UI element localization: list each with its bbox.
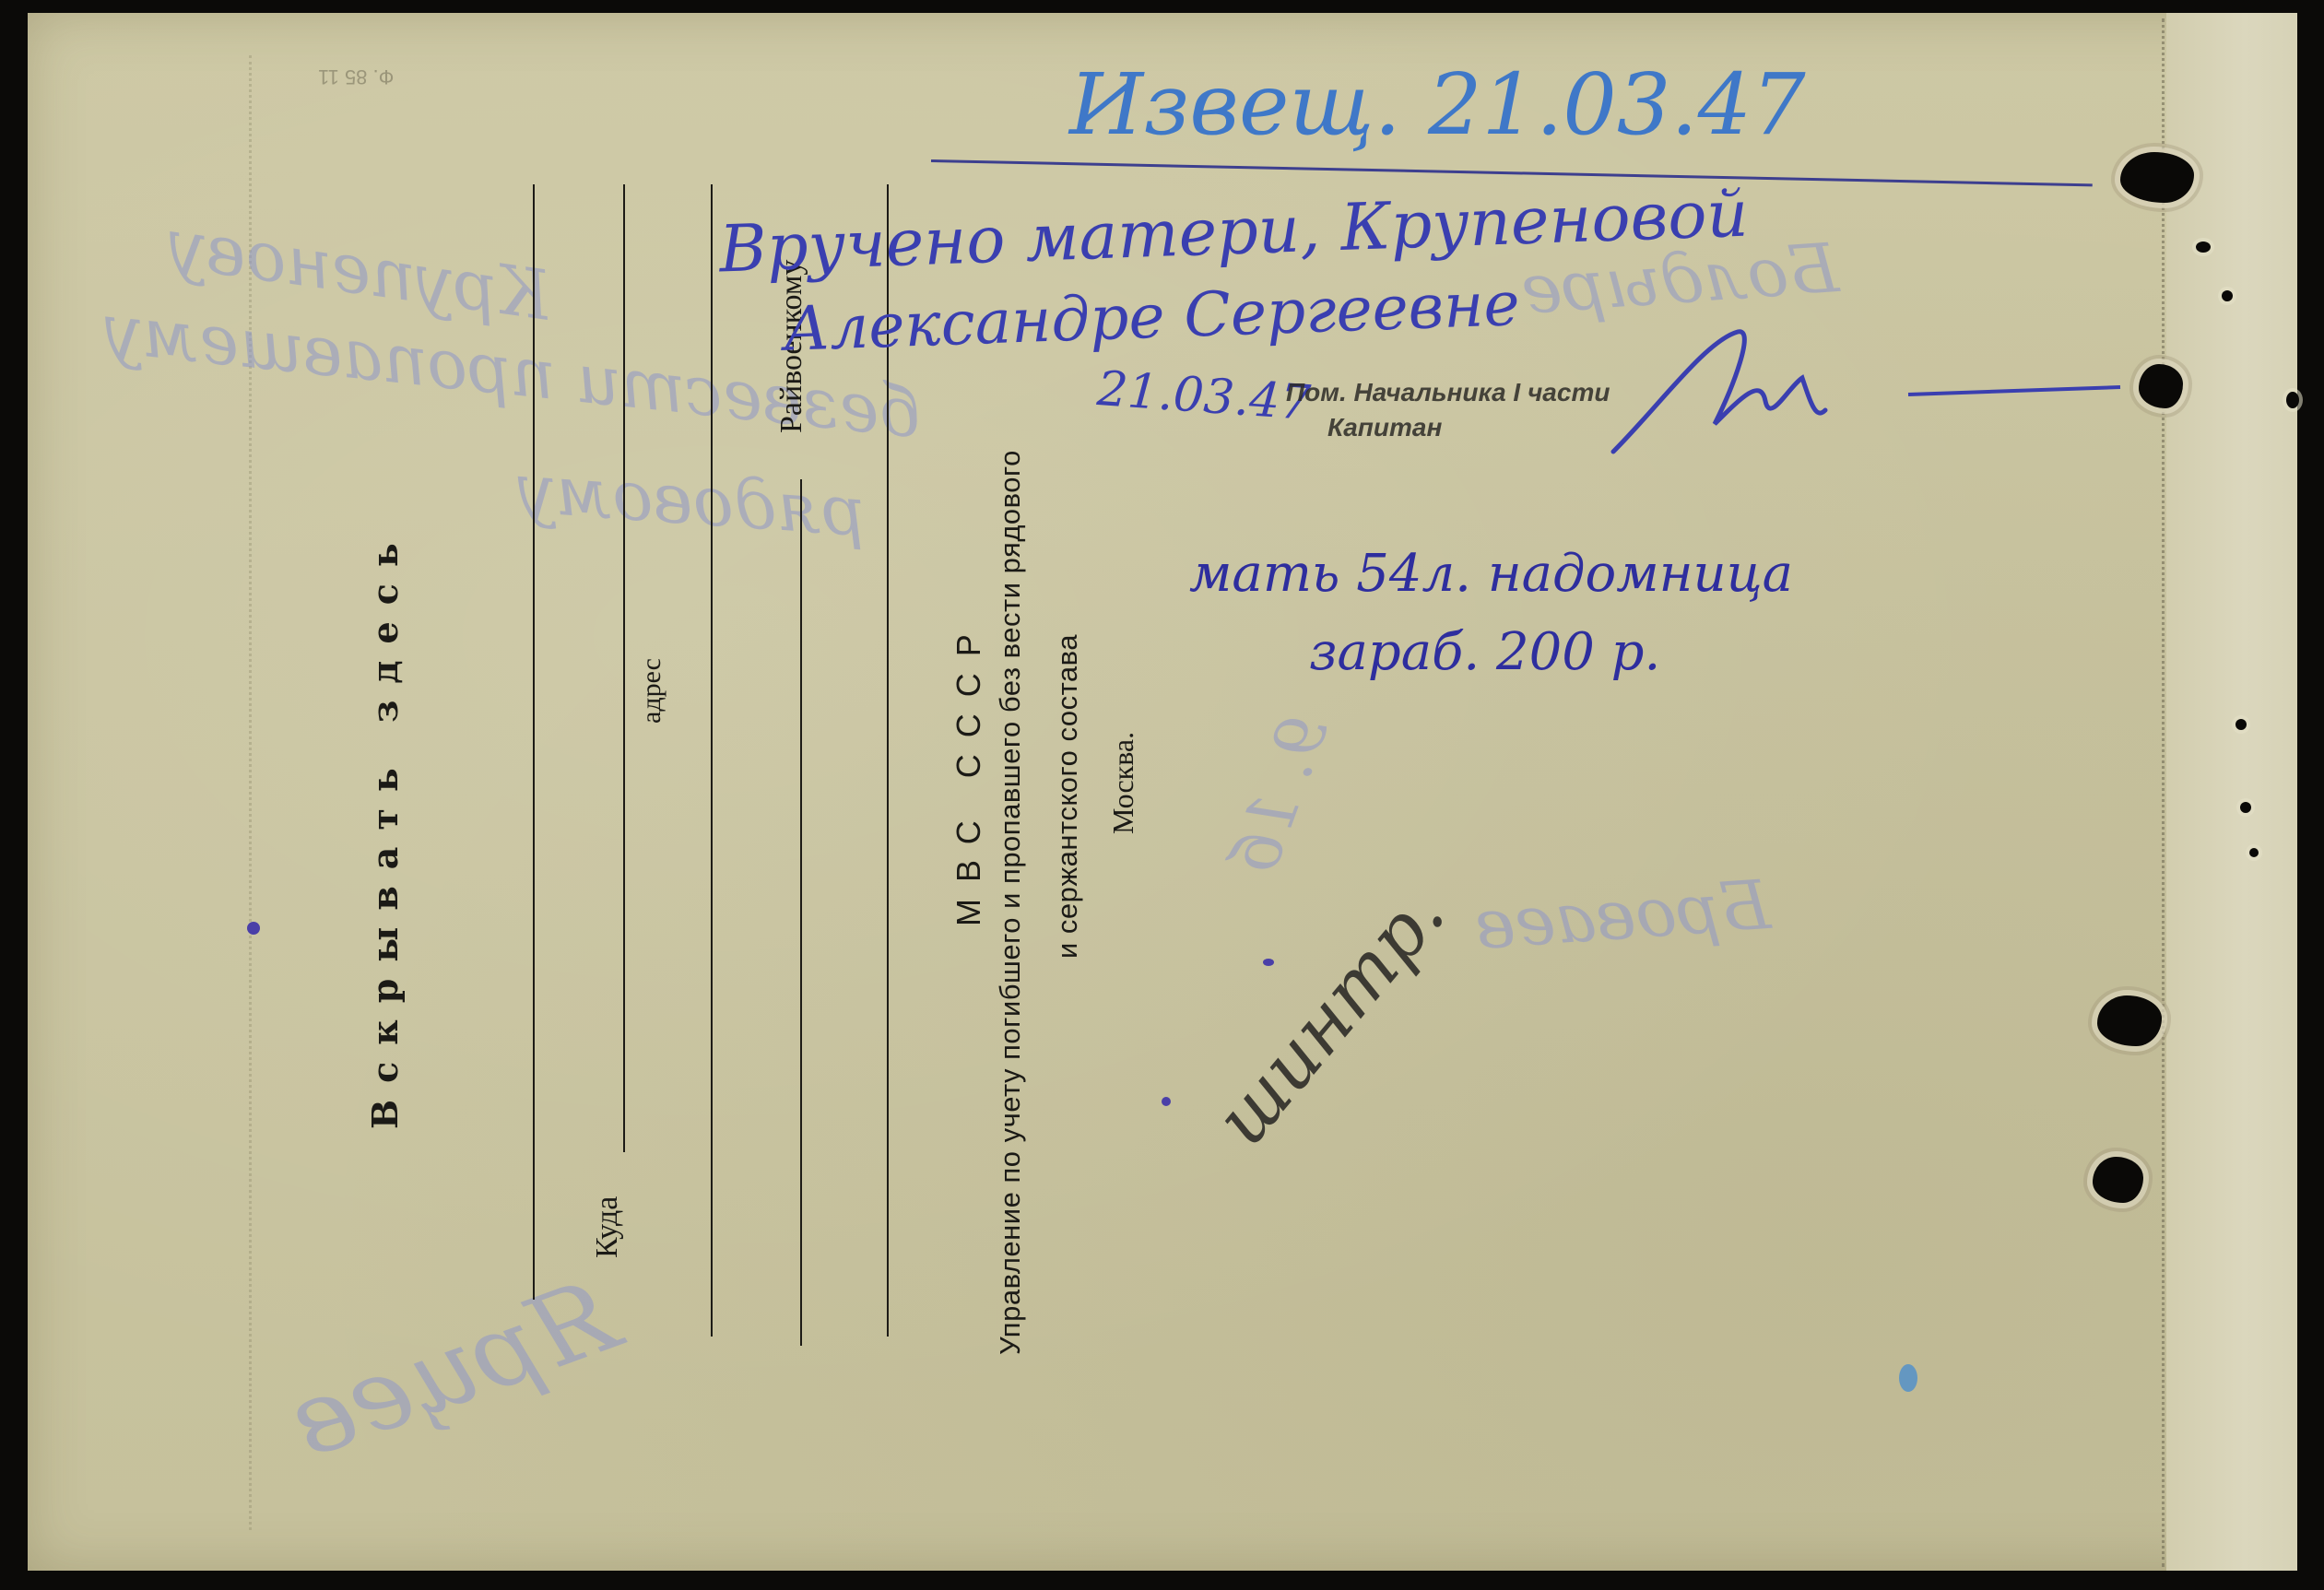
corner-form-number: Ф. 85 11 [318,65,394,88]
header-note: Извещ. 21.03.47 [1069,55,1806,154]
open-here-label: Вскрывать здесь [364,526,406,1129]
address-rule-2 [623,184,625,1152]
punch-hole-small [2240,802,2251,813]
ink-speck [1263,959,1274,966]
punch-hole-top [2120,152,2194,203]
punch-hole-bottom [2093,1157,2143,1203]
punch-hole-small [2196,241,2211,253]
punch-hole-small [2236,719,2247,730]
note-line-2: зараб. 200 р. [1309,622,1660,682]
perforation-line [2162,18,2165,1567]
punch-hole-lower [2097,995,2162,1046]
city-label: Москва. [1106,732,1140,834]
to-label: Куда [590,1196,625,1258]
address-rule-3 [711,184,713,1337]
stamp-line-2: Капитан [1327,413,1442,442]
ministry-label: МВС СССР [950,618,988,926]
department-line-2: и сержантского состава [1051,634,1084,959]
punch-hole-small [2222,290,2233,301]
punch-hole-edge [2286,392,2299,408]
address-rule-4 [800,479,802,1346]
punch-hole-small [2249,848,2259,857]
address-rule-1 [533,184,535,1300]
note-line-1: мать 54л. надомница [1189,544,1793,604]
stamp-line-1: Пом. Начальника I части [1286,378,1610,407]
department-line-1: Управление по учету погибшего и пропавше… [994,450,1027,1355]
ink-speck [1162,1097,1171,1106]
address-label: адрес [636,658,667,724]
officer-signature [1604,323,2157,470]
ink-speck [247,922,260,935]
ink-speck [1899,1364,1917,1392]
paper-fold-strip [2166,13,2297,1571]
